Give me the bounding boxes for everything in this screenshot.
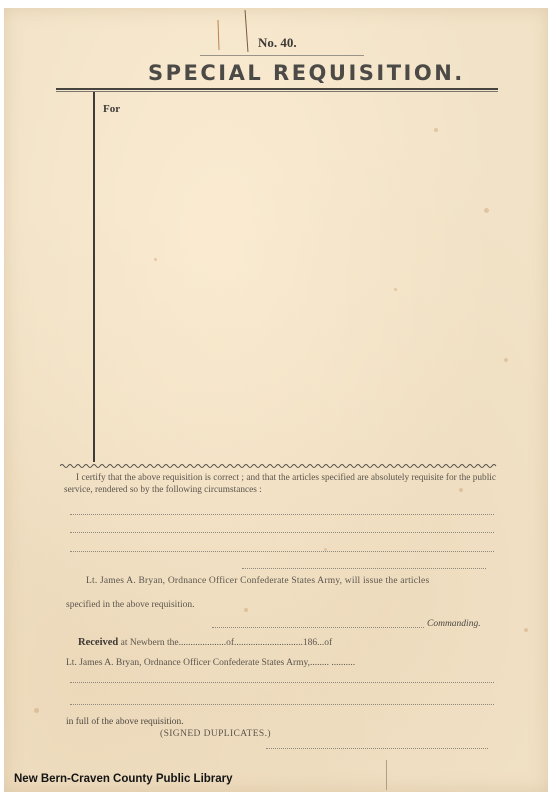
margin-line xyxy=(93,92,95,462)
received-bold: Received xyxy=(78,637,118,648)
header-rule-thin xyxy=(56,91,498,92)
issue-statement: Lt. James A. Bryan, Ordnance Officer Con… xyxy=(86,576,496,586)
library-credit: New Bern-Craven County Public Library xyxy=(14,773,233,785)
certification-text: I certify that the above requisition is … xyxy=(64,472,496,496)
circumstances-line[interactable] xyxy=(70,530,494,533)
commanding-label: Commanding. xyxy=(427,619,481,629)
received-text: at Newbern the....................of....… xyxy=(118,638,332,648)
signed-duplicates: (SIGNED DUPLICATES.) xyxy=(160,729,271,739)
commanding-signature-line[interactable] xyxy=(212,625,424,628)
wavy-divider xyxy=(60,463,497,469)
received-line: Received at Newbern the.................… xyxy=(78,637,496,648)
circumstances-line[interactable] xyxy=(242,566,486,569)
page-title: SPECIAL REQUISITION. xyxy=(148,61,465,85)
paper-crease xyxy=(386,760,387,790)
header-rule xyxy=(56,88,498,90)
received-items-line[interactable] xyxy=(70,680,494,683)
signature-line[interactable] xyxy=(266,746,488,749)
circumstances-line[interactable] xyxy=(70,549,494,552)
circumstances-line[interactable] xyxy=(70,512,494,515)
received-items-line[interactable] xyxy=(70,702,494,705)
form-number: No. 40. xyxy=(258,35,297,51)
for-label: For xyxy=(103,103,120,115)
issue-statement-cont: specified in the above requisition. xyxy=(66,600,194,610)
document-paper xyxy=(4,8,548,792)
received-from: Lt. James A. Bryan, Ordnance Officer Con… xyxy=(66,658,496,668)
in-full-text: in full of the above requisition. xyxy=(66,717,184,727)
title-divider xyxy=(200,55,364,56)
